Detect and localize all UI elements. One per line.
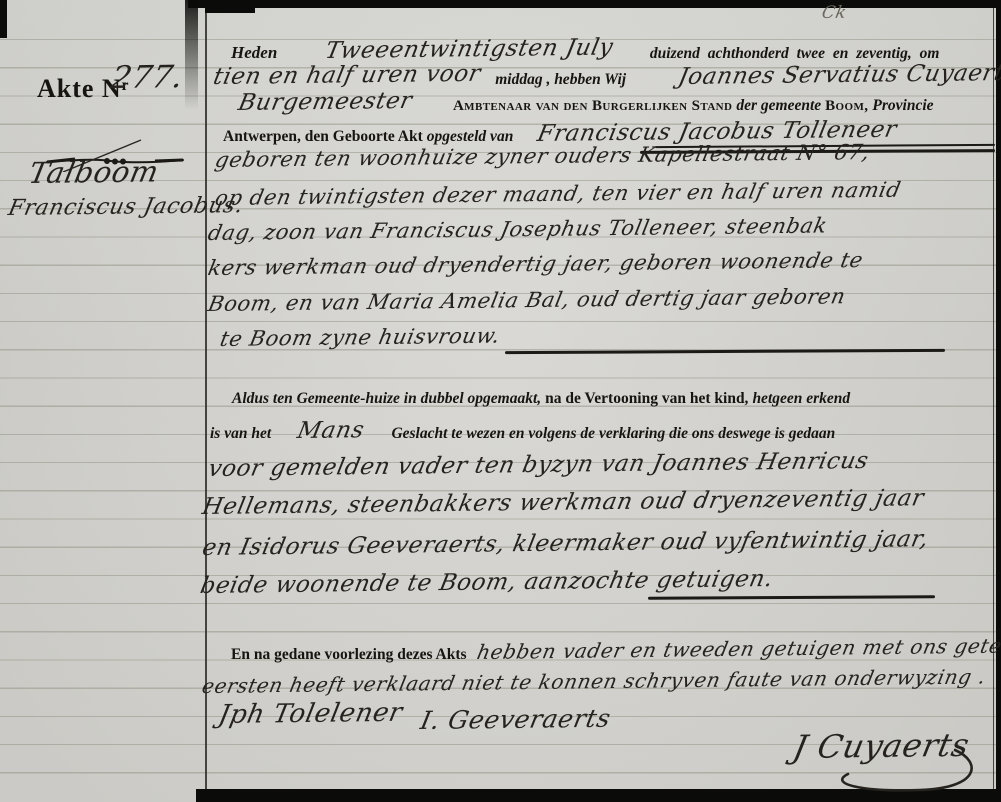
pencil-annotation: Ck bbox=[820, 3, 849, 23]
hw-birth-line: dag, zoon van Franciscus Josephus Tollen… bbox=[206, 213, 830, 245]
print-geslacht-rest: Geslacht te wezen en volgens de verklari… bbox=[391, 425, 835, 442]
print-antwerpen: Antwerpen, den Geboorte Akt bbox=[223, 128, 423, 145]
scan-top-edge bbox=[188, 0, 1001, 8]
binding-shadow-smudge bbox=[185, 0, 198, 110]
scan-right-edge bbox=[996, 0, 1001, 802]
print-heden: Heden bbox=[231, 43, 277, 62]
hw-witness-line: Hellemans, steenbakkers werkman oud drye… bbox=[200, 485, 926, 520]
hw-geslacht-value: Mans bbox=[295, 417, 367, 444]
hw-witness-line: voor gemelden vader ten byzyn van Joanne… bbox=[206, 448, 871, 482]
margin-child-surname: Talboom bbox=[26, 154, 162, 190]
print-opgesteld: opgesteld van bbox=[427, 128, 514, 145]
print-der-gemeente: der gemeente bbox=[736, 97, 821, 114]
signature-witness: I. Geeveraerts bbox=[418, 704, 613, 735]
print-middag: middag , hebben Wij bbox=[495, 71, 626, 88]
signature-father: Jph Tolelener bbox=[216, 698, 405, 730]
akte-number: 277. bbox=[108, 59, 187, 96]
print-ambtenaar: Ambtenaar van den Burgerlijken Stand bbox=[453, 98, 732, 114]
hw-birth-line: kers werkman oud dryendertig jaer, gebor… bbox=[206, 248, 865, 280]
hw-birth-line: te Boom zyne huisvrouw. bbox=[218, 324, 502, 351]
filler-rule bbox=[648, 595, 935, 599]
scan-corner-mark bbox=[0, 0, 7, 38]
register-scan-page: Ck Akte Nʳ 277. Talboom Franciscus Jacob… bbox=[0, 0, 1001, 802]
print-is-van-het: is van het bbox=[210, 425, 271, 442]
filler-rule bbox=[505, 349, 945, 354]
print-aldus: Aldus ten Gemeente-huize in dubbel opgem… bbox=[232, 390, 541, 407]
hw-birth-line: Boom, en van Maria Amelia Bal, oud derti… bbox=[206, 284, 848, 316]
margin-child-firstnames: Franciscus Jacobus. bbox=[6, 193, 246, 221]
margin-divider-line bbox=[205, 0, 207, 789]
hw-birth-line: op den twintigsten dezer maand, ten vier… bbox=[213, 178, 903, 210]
scan-top-edge-thick bbox=[205, 0, 255, 13]
signature-flourish-icon bbox=[800, 748, 985, 796]
hw-closing-line1: hebben vader en tweeden getuigen met ons… bbox=[475, 632, 1001, 664]
hw-official-title: Burgemeester bbox=[236, 88, 415, 116]
hw-registration-time: tien en half uren voor bbox=[211, 61, 483, 90]
print-provincie: Provincie bbox=[872, 97, 933, 114]
hw-registration-date: Tweeentwintigsten July bbox=[323, 35, 616, 64]
hw-witness-line: beide woonende te Boom, aanzochte getuig… bbox=[198, 566, 776, 599]
print-year: duizend achthonderd twee en zeventig, om bbox=[650, 45, 940, 62]
hw-witness-line: en Isidorus Geeveraerts, kleermaker oud … bbox=[200, 526, 931, 561]
hw-closing-line2: eersten heeft verklaard niet te konnen s… bbox=[200, 664, 988, 698]
print-voorlezing: En na gedane voorlezing dezes Akts bbox=[231, 646, 467, 663]
print-gemeente-name: Boom, bbox=[825, 98, 868, 114]
hw-official-name: Joannes Servatius Cuyaerts bbox=[676, 60, 1001, 90]
print-hetgeen: hetgeen erkend bbox=[752, 390, 850, 407]
right-frame-line bbox=[993, 0, 994, 789]
print-vertooning: na de Vertooning van het kind, bbox=[545, 390, 748, 407]
